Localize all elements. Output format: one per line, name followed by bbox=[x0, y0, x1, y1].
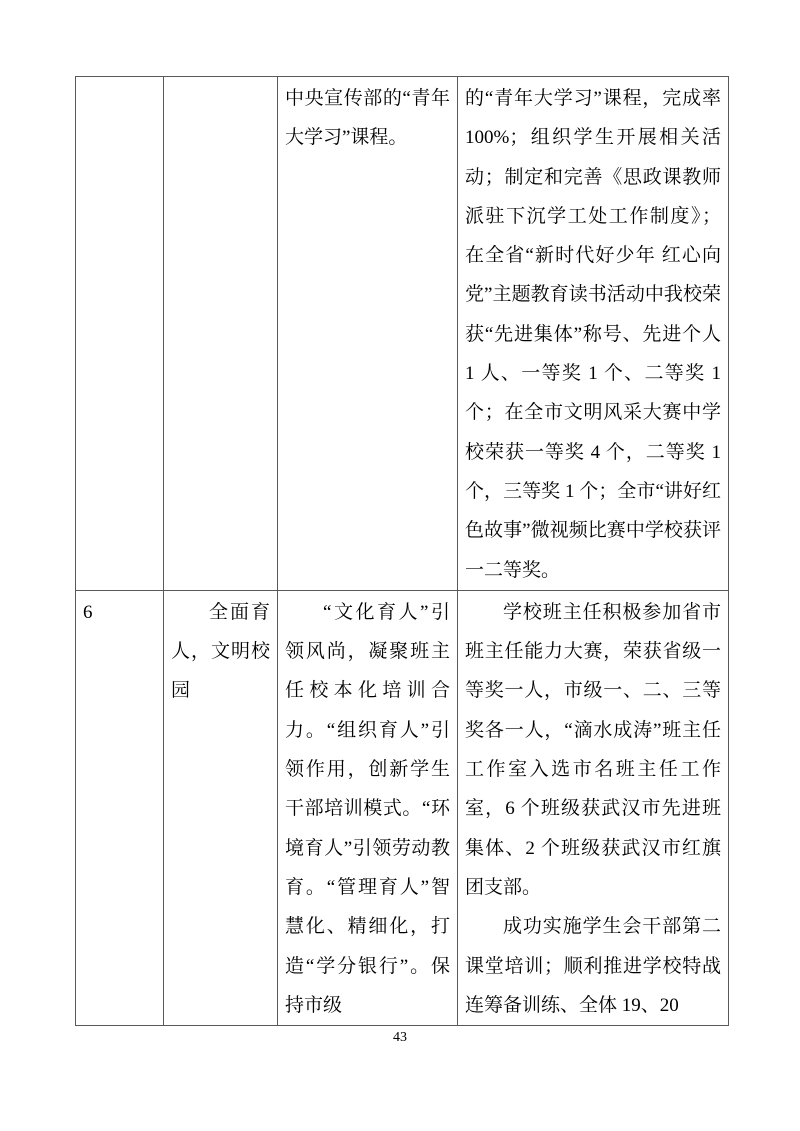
serial-cell: 6 bbox=[76, 590, 164, 1025]
measures-cell: “文化育人”引领风尚，凝聚班主任校本化培训合力。“组织育人”引领作用，创新学生干… bbox=[278, 590, 458, 1025]
table-row-continued: 中央宣传部的“青年大学习”课程。 的“青年大学习”课程，完成率 100%；组织学… bbox=[76, 77, 729, 591]
results-cell: 学校班主任积极参加省市班主任能力大赛，荣获省级一等奖一人，市级一、二、三等奖各一… bbox=[458, 590, 729, 1025]
results-text: 的“青年大学习”课程，完成率 100%；组织学生开展相关活动；制定和完善《思政课… bbox=[465, 79, 721, 590]
category-cell-empty bbox=[164, 77, 278, 591]
measures-text: “文化育人”引领风尚，凝聚班主任校本化培训合力。“组织育人”引领作用，创新学生干… bbox=[285, 593, 450, 1025]
results-paragraph-1: 学校班主任积极参加省市班主任能力大赛，荣获省级一等奖一人，市级一、二、三等奖各一… bbox=[465, 593, 721, 907]
category-text: 全面育人，文明校园 bbox=[171, 593, 270, 711]
category-cell: 全面育人，文明校园 bbox=[164, 590, 278, 1025]
report-table: 中央宣传部的“青年大学习”课程。 的“青年大学习”课程，完成率 100%；组织学… bbox=[75, 76, 729, 1026]
results-paragraph-2: 成功实施学生会干部第二课堂培训；顺利推进学校特战连筹备训练、全体 19、20 bbox=[465, 907, 721, 1025]
document-page: 中央宣传部的“青年大学习”课程。 的“青年大学习”课程，完成率 100%；组织学… bbox=[0, 0, 800, 1131]
measures-text: 中央宣传部的“青年大学习”课程。 bbox=[285, 79, 450, 158]
measures-cell: 中央宣传部的“青年大学习”课程。 bbox=[278, 77, 458, 591]
page-number: 43 bbox=[0, 1030, 800, 1046]
serial-cell-empty bbox=[76, 77, 164, 591]
table-row-item-6: 6 全面育人，文明校园 “文化育人”引领风尚，凝聚班主任校本化培训合力。“组织育… bbox=[76, 590, 729, 1025]
results-cell: 的“青年大学习”课程，完成率 100%；组织学生开展相关活动；制定和完善《思政课… bbox=[458, 77, 729, 591]
